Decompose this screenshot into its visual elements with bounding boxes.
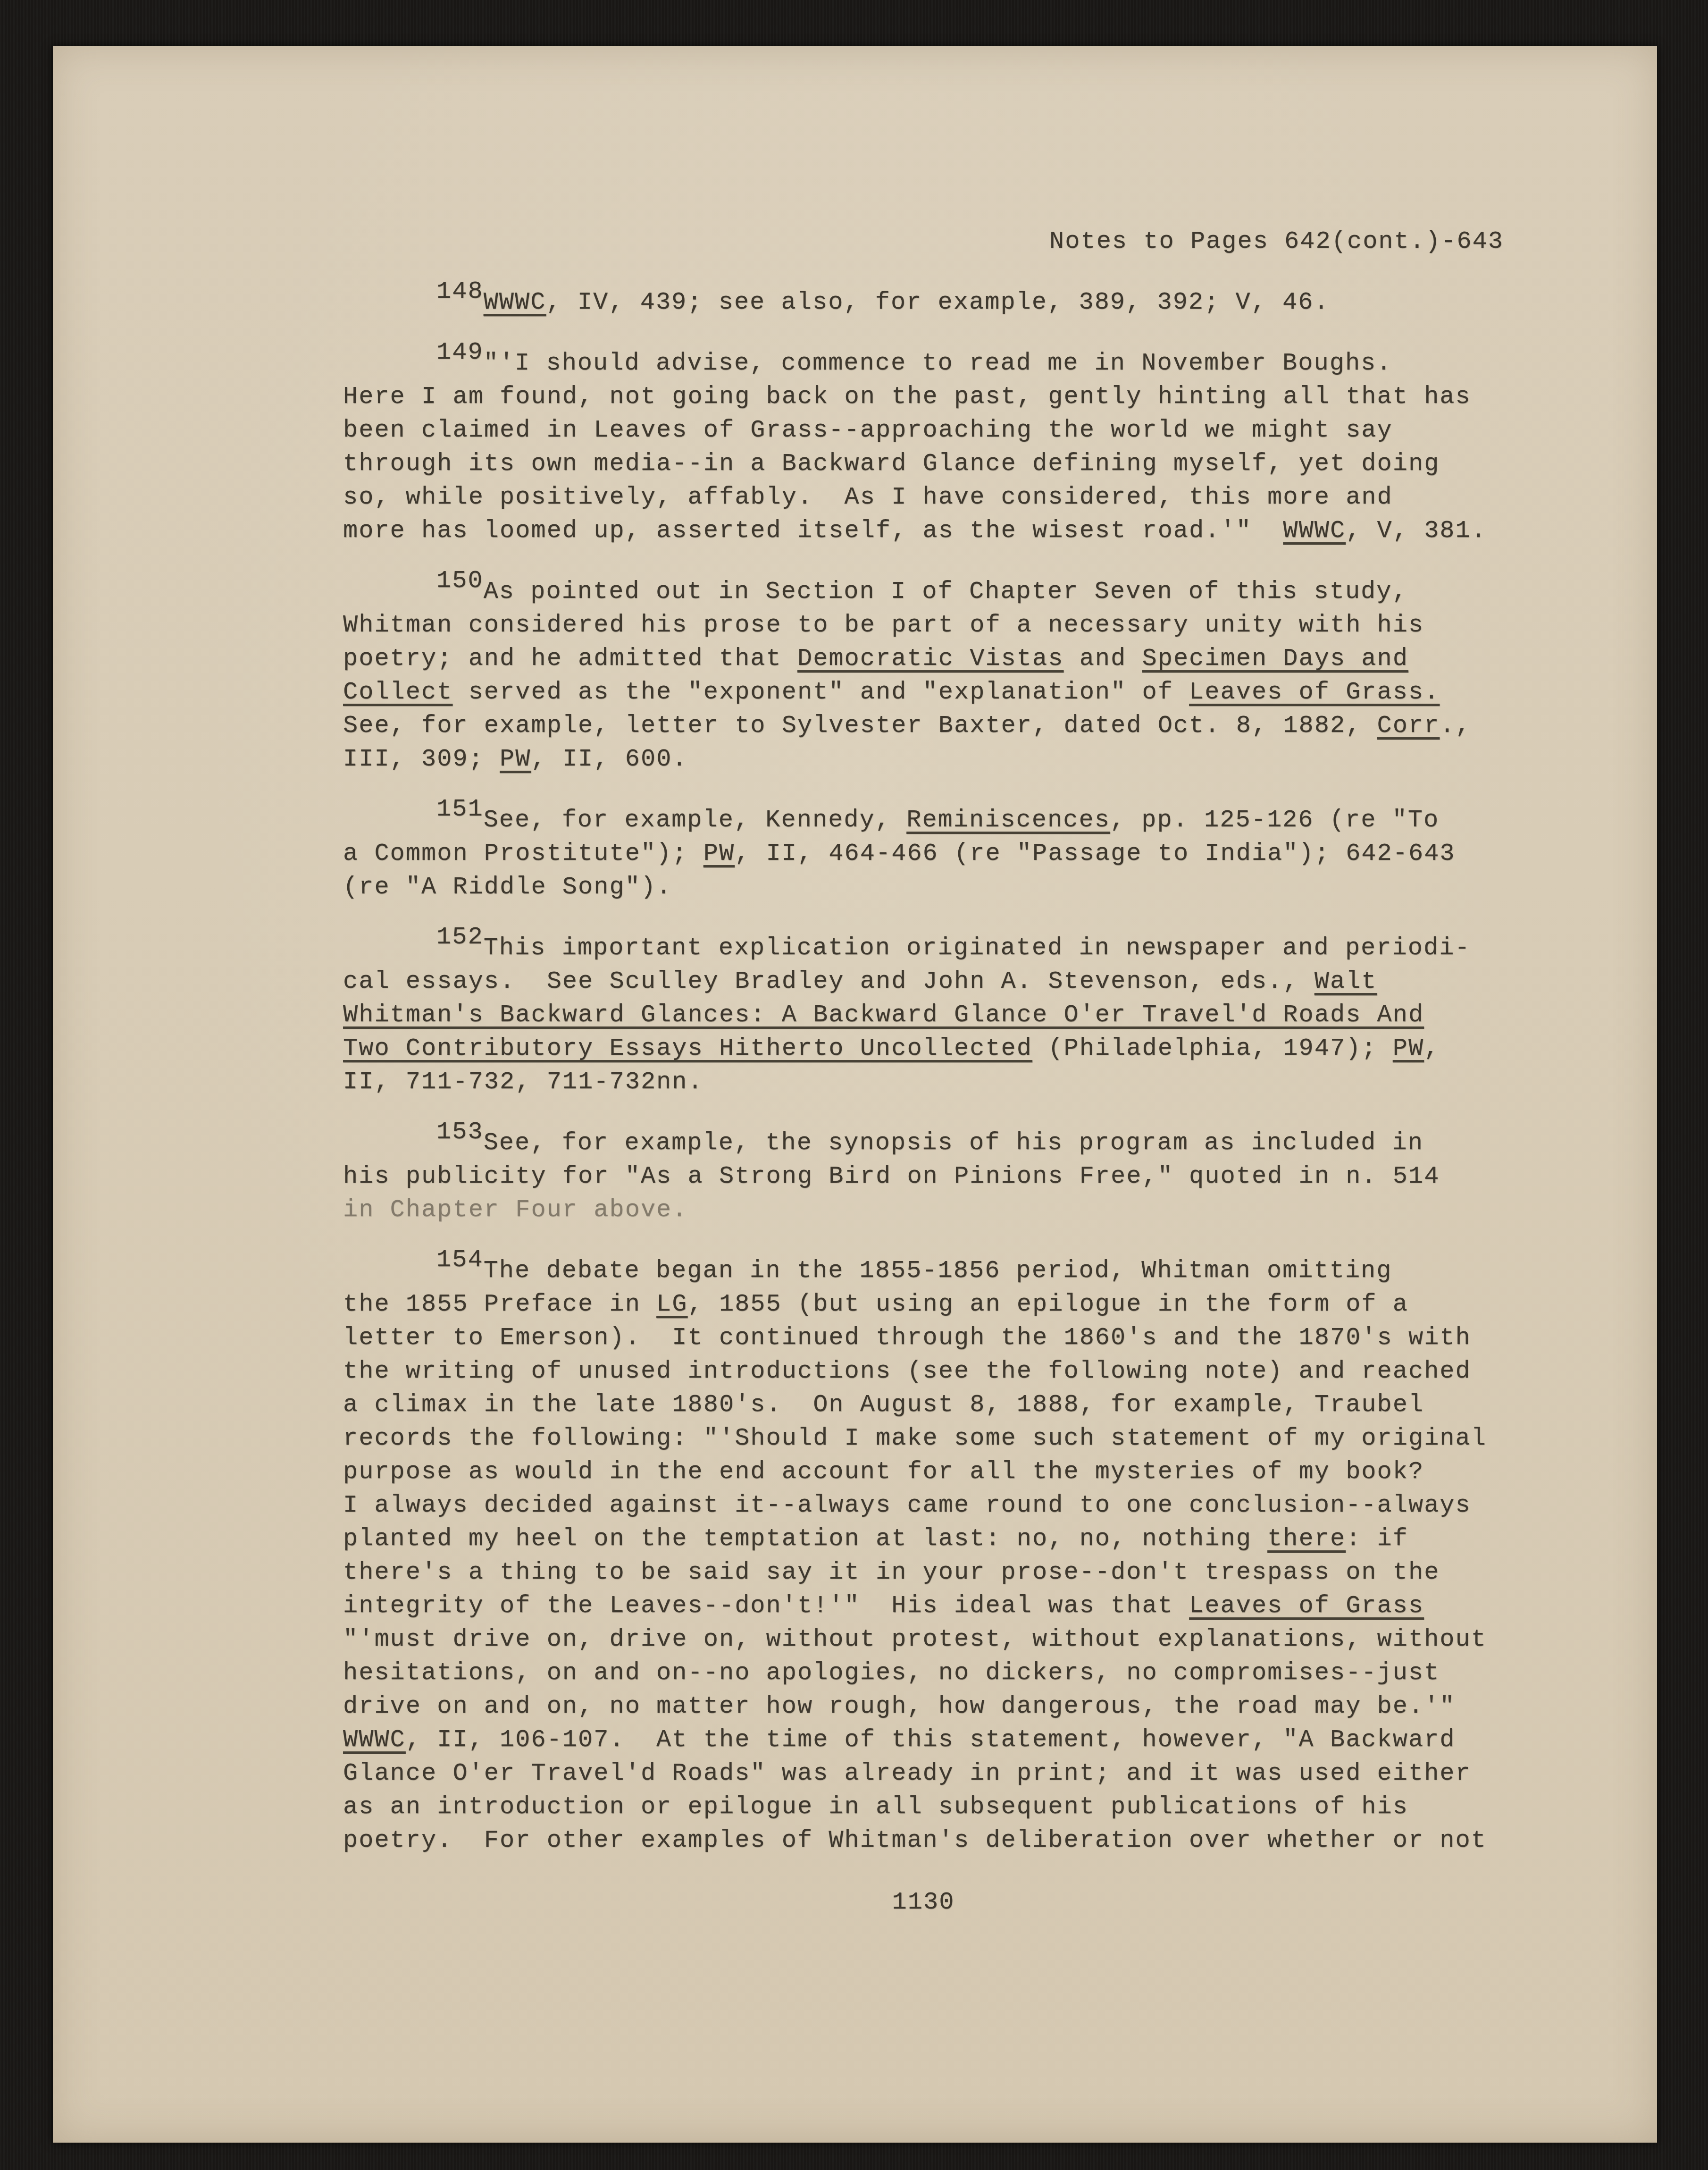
text-segment: , pp. 125-126 (re "To	[1110, 806, 1439, 834]
text-segment: a Common Prostitute");	[343, 840, 703, 867]
text-segment: more has loomed up, asserted itself, as …	[343, 517, 1283, 545]
note-number: 152	[436, 923, 484, 951]
text-segment: and	[1063, 645, 1142, 673]
underlined-text: Walt	[1314, 967, 1377, 995]
text-line: "'must drive on, drive on, without prote…	[343, 1623, 1504, 1656]
page-content: Notes to Pages 642(cont.)-643 148WWWC, I…	[53, 46, 1657, 2143]
text-line: cal essays. See Sculley Bradley and John…	[343, 965, 1504, 998]
underlined-text: PW	[500, 745, 531, 773]
note-154: 154The debate began in the 1855-1856 per…	[343, 1254, 1504, 1857]
text-line: See, for example, letter to Sylvester Ba…	[343, 709, 1504, 742]
text-line: poetry. For other examples of Whitman's …	[343, 1824, 1504, 1857]
text-line: I always decided against it--always came…	[343, 1489, 1504, 1522]
underlined-text: WWWC	[343, 1726, 406, 1754]
underlined-text: Democratic Vistas	[797, 645, 1064, 673]
text-segment: As pointed out in Section I of Chapter S…	[484, 578, 1408, 606]
text-segment: planted my heel on the temptation at las…	[343, 1525, 1267, 1553]
note-150: 150As pointed out in Section I of Chapte…	[343, 575, 1504, 776]
text-line: a climax in the late 1880's. On August 8…	[343, 1388, 1504, 1421]
underlined-text: Leaves of Grass	[1189, 1592, 1424, 1620]
text-segment: , IV, 439; see also, for example, 389, 3…	[546, 288, 1329, 316]
text-segment: a climax in the late 1880's. On August 8…	[343, 1391, 1424, 1419]
text-segment: through its own media--in a Backward Gla…	[343, 450, 1440, 478]
text-line: Whitman considered his prose to be part …	[343, 608, 1504, 642]
text-line: poetry; and he admitted that Democratic …	[343, 642, 1504, 675]
text-segment: so, while positively, affably. As I have…	[343, 483, 1393, 511]
text-line: Here I am found, not going back on the p…	[343, 380, 1504, 413]
text-segment: there's a thing to be said say it in you…	[343, 1558, 1440, 1586]
note-number: 149	[436, 338, 484, 366]
text-line: so, while positively, affably. As I have…	[343, 480, 1504, 514]
text-line: (re "A Riddle Song").	[343, 870, 1504, 904]
text-segment: letter to Emerson). It continued through…	[343, 1324, 1471, 1352]
typewritten-page: Notes to Pages 642(cont.)-643 148WWWC, I…	[53, 46, 1657, 2143]
text-segment: records the following: "'Should I make s…	[343, 1424, 1487, 1452]
text-segment: poetry. For other examples of Whitman's …	[343, 1826, 1487, 1854]
text-line: integrity of the Leaves--don't!'" His id…	[343, 1589, 1504, 1623]
page-number: 1130	[343, 1885, 1504, 1919]
text-line: 152This important explication originated…	[343, 931, 1504, 965]
text-line: his publicity for "As a Strong Bird on P…	[343, 1160, 1504, 1193]
notes-list: 148WWWC, IV, 439; see also, for example,…	[343, 286, 1504, 1857]
text-segment: hesitations, on and on--no apologies, no…	[343, 1659, 1440, 1687]
underlined-text: Leaves of Grass.	[1189, 678, 1440, 706]
text-line: more has loomed up, asserted itself, as …	[343, 514, 1504, 547]
underlined-text: LG	[656, 1290, 687, 1318]
text-segment: : if	[1346, 1525, 1408, 1553]
text-segment: See, for example, letter to Sylvester Ba…	[343, 712, 1377, 740]
text-line: 153See, for example, the synopsis of his…	[343, 1126, 1504, 1160]
text-line: the 1855 Preface in LG, 1855 (but using …	[343, 1287, 1504, 1321]
text-segment: I always decided against it--always came…	[343, 1491, 1471, 1519]
underlined-text: Collect	[343, 678, 452, 706]
underlined-text: Reminiscences	[906, 806, 1110, 834]
text-segment: .,	[1440, 712, 1471, 740]
note-number: 154	[436, 1246, 484, 1274]
text-segment: Glance O'er Travel'd Roads" was already …	[343, 1759, 1471, 1787]
underlined-text: Specimen Days and	[1142, 645, 1408, 673]
underlined-text: there	[1267, 1525, 1346, 1553]
text-segment: , V, 381.	[1346, 517, 1487, 545]
text-segment: II, 711-732, 711-732nn.	[343, 1068, 703, 1096]
text-segment: This important explication originated in…	[484, 934, 1471, 962]
note-152: 152This important explication originated…	[343, 931, 1504, 1099]
text-line: through its own media--in a Backward Gla…	[343, 447, 1504, 480]
text-segment: the writing of unused introductions (see…	[343, 1357, 1471, 1385]
text-line: there's a thing to be said say it in you…	[343, 1556, 1504, 1589]
text-segment: been claimed in Leaves of Grass--approac…	[343, 416, 1393, 444]
text-segment: "'I should advise, commence to read me i…	[484, 349, 1392, 377]
text-line: planted my heel on the temptation at las…	[343, 1522, 1504, 1556]
text-line: III, 309; PW, II, 600.	[343, 742, 1504, 776]
text-segment: See, for example, the synopsis of his pr…	[484, 1129, 1423, 1157]
text-line: Collect served as the "exponent" and "ex…	[343, 675, 1504, 709]
underlined-text: Whitman's Backward Glances: A Backward G…	[343, 1001, 1424, 1029]
text-segment: drive on and on, no matter how rough, ho…	[343, 1692, 1456, 1720]
text-line: purpose as would in the end account for …	[343, 1455, 1504, 1489]
underlined-text: Two Contributory Essays Hitherto Uncolle…	[343, 1035, 1032, 1062]
text-line: 148WWWC, IV, 439; see also, for example,…	[343, 286, 1504, 319]
text-segment: , II, 600.	[531, 745, 687, 773]
text-segment: in Chapter Four above.	[343, 1196, 688, 1224]
running-header: Notes to Pages 642(cont.)-643	[343, 225, 1504, 258]
text-line: II, 711-732, 711-732nn.	[343, 1065, 1504, 1099]
note-151: 151See, for example, Kennedy, Reminiscen…	[343, 803, 1504, 904]
text-line: Glance O'er Travel'd Roads" was already …	[343, 1757, 1504, 1790]
text-line: 154The debate began in the 1855-1856 per…	[343, 1254, 1504, 1287]
text-line: letter to Emerson). It continued through…	[343, 1321, 1504, 1354]
text-segment: , II, 106-107. At the time of this state…	[406, 1726, 1456, 1754]
text-line: Whitman's Backward Glances: A Backward G…	[343, 998, 1504, 1032]
text-segment: , 1855 (but using an epilogue in the for…	[688, 1290, 1408, 1318]
text-segment: Here I am found, not going back on the p…	[343, 383, 1471, 411]
text-segment: (Philadelphia, 1947);	[1032, 1035, 1393, 1062]
text-line: 151See, for example, Kennedy, Reminiscen…	[343, 803, 1504, 837]
text-segment: his publicity for "As a Strong Bird on P…	[343, 1162, 1440, 1190]
text-segment: III, 309;	[343, 745, 500, 773]
underlined-text: Corr	[1377, 712, 1440, 740]
text-segment: as an introduction or epilogue in all su…	[343, 1793, 1408, 1821]
text-segment: poetry; and he admitted that	[343, 645, 797, 673]
underlined-text: PW	[703, 840, 735, 867]
text-line: the writing of unused introductions (see…	[343, 1354, 1504, 1388]
note-number: 148	[436, 278, 484, 305]
note-153: 153See, for example, the synopsis of his…	[343, 1126, 1504, 1227]
note-number: 150	[436, 567, 484, 595]
text-segment: Whitman considered his prose to be part …	[343, 611, 1424, 639]
text-line: been claimed in Leaves of Grass--approac…	[343, 413, 1504, 447]
text-segment: cal essays. See Sculley Bradley and John…	[343, 967, 1314, 995]
text-line: drive on and on, no matter how rough, ho…	[343, 1690, 1504, 1723]
text-segment: served as the "exponent" and "explanatio…	[452, 678, 1189, 706]
text-line: in Chapter Four above.	[343, 1193, 1504, 1227]
note-number: 151	[436, 795, 484, 823]
underlined-text: WWWC	[1283, 517, 1346, 545]
note-number: 153	[436, 1118, 484, 1146]
text-line: 149"'I should advise, commence to read m…	[343, 346, 1504, 380]
text-segment: (re "A Riddle Song").	[343, 873, 672, 901]
text-line: 150As pointed out in Section I of Chapte…	[343, 575, 1504, 608]
text-segment: ,	[1424, 1035, 1440, 1062]
text-line: hesitations, on and on--no apologies, no…	[343, 1656, 1504, 1690]
text-segment: See, for example, Kennedy,	[484, 806, 907, 834]
text-segment: , II, 464-466 (re "Passage to India"); 6…	[735, 840, 1455, 867]
text-segment: The debate began in the 1855-1856 period…	[484, 1257, 1392, 1285]
text-segment: "'must drive on, drive on, without prote…	[343, 1625, 1487, 1653]
underlined-text: WWWC	[484, 288, 546, 316]
note-148: 148WWWC, IV, 439; see also, for example,…	[343, 286, 1504, 319]
text-segment: the 1855 Preface in	[343, 1290, 656, 1318]
text-line: WWWC, II, 106-107. At the time of this s…	[343, 1723, 1504, 1757]
underlined-text: PW	[1393, 1035, 1424, 1062]
text-line: as an introduction or epilogue in all su…	[343, 1790, 1504, 1824]
text-segment: integrity of the Leaves--don't!'" His id…	[343, 1592, 1189, 1620]
text-line: records the following: "'Should I make s…	[343, 1421, 1504, 1455]
scan-backdrop: Notes to Pages 642(cont.)-643 148WWWC, I…	[0, 0, 1708, 2170]
note-149: 149"'I should advise, commence to read m…	[343, 346, 1504, 547]
text-line: Two Contributory Essays Hitherto Uncolle…	[343, 1032, 1504, 1065]
text-segment: purpose as would in the end account for …	[343, 1458, 1424, 1486]
text-line: a Common Prostitute"); PW, II, 464-466 (…	[343, 837, 1504, 870]
